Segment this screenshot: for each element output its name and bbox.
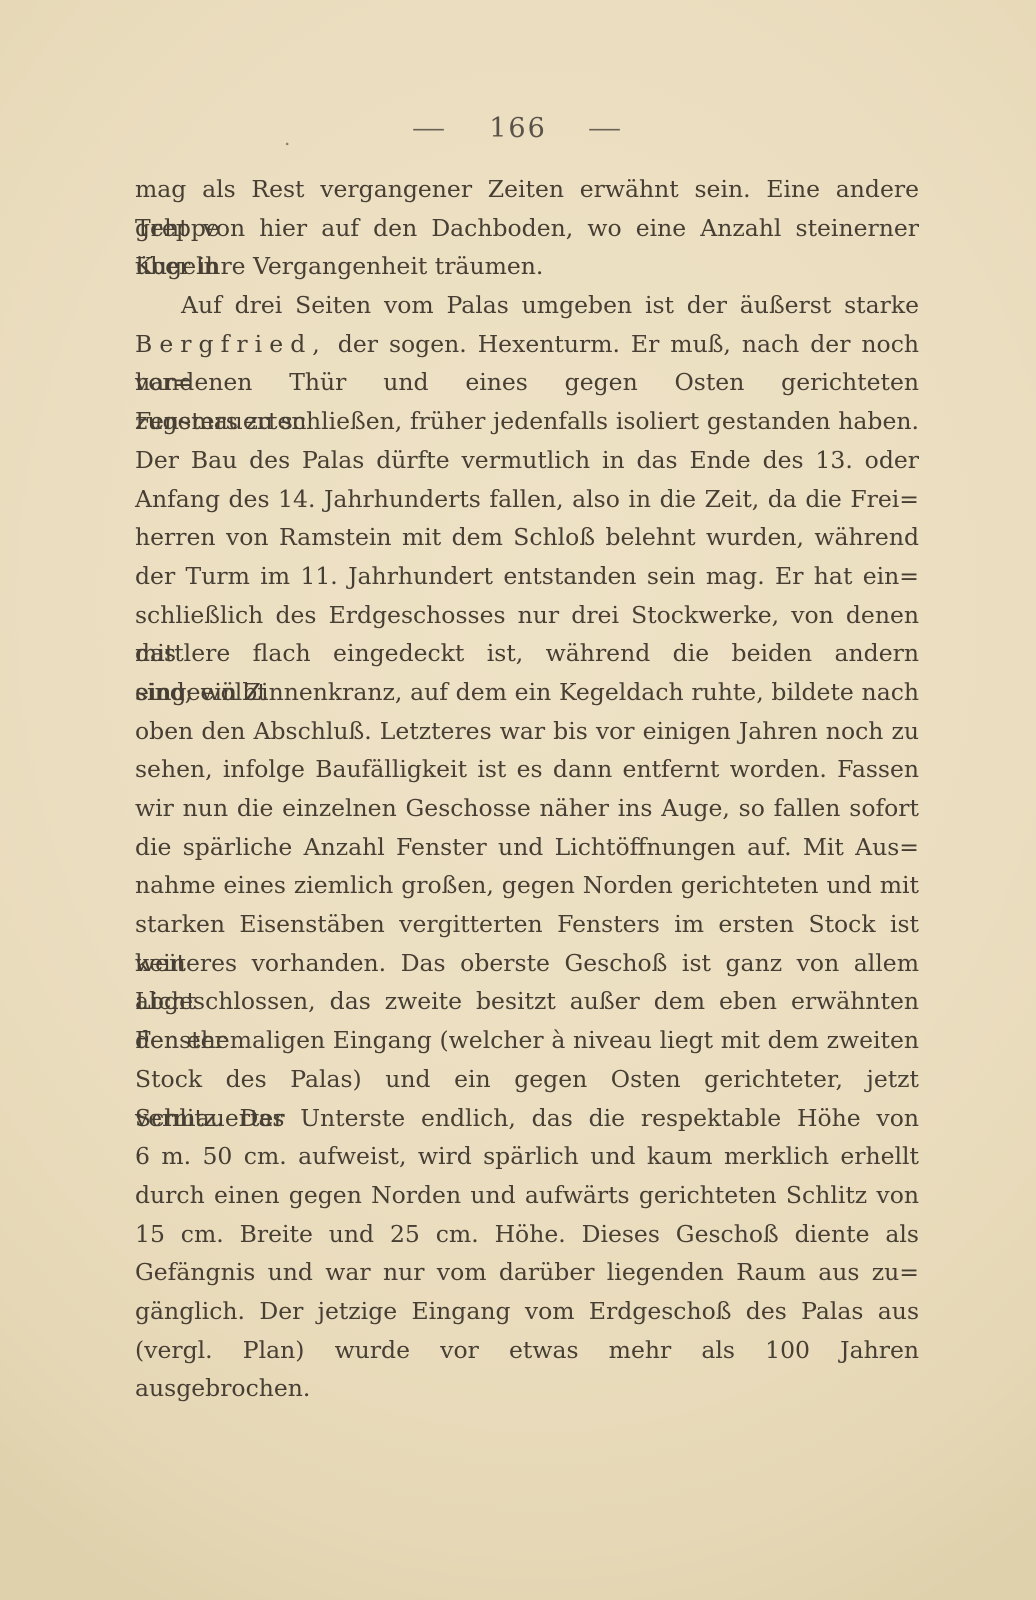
book-page: . — 166 — mag als Rest vergangener Zeite… [0, 0, 1036, 1600]
text-line: durch einen gegen Norden und aufwärts ge… [135, 1176, 919, 1215]
text-line: Auf drei Seiten vom Palas umgeben ist de… [135, 286, 919, 325]
text-line: handenen Thür und eines gegen Osten geri… [135, 363, 919, 402]
text-line: geht von hier auf den Dachboden, wo eine… [135, 209, 919, 248]
text-line: wir nun die einzelnen Geschosse näher in… [135, 789, 919, 828]
text-line: den ehemaligen Eingang (welcher à niveau… [135, 1021, 919, 1060]
page-header: — 166 — [0, 108, 1036, 148]
text-line: die spärliche Anzahl Fenster und Lichtöf… [135, 828, 919, 867]
text-line: Schlitz. Das Unterste endlich, das die r… [135, 1099, 919, 1138]
text-line: nahme eines ziemlich großen, gegen Norde… [135, 866, 919, 905]
text-line: der Turm im 11. Jahrhundert entstanden s… [135, 557, 919, 596]
header-dash-left: — [412, 114, 448, 142]
text-line: (vergl. Plan) wurde vor etwas mehr als 1… [135, 1331, 919, 1370]
text-line: abgeschlossen, das zweite besitzt außer … [135, 982, 919, 1021]
text-line: 15 cm. Breite und 25 cm. Höhe. Dieses Ge… [135, 1215, 919, 1254]
text-line: herren von Ramstein mit dem Schloß beleh… [135, 518, 919, 557]
text-line: gänglich. Der jetzige Eingang vom Erdges… [135, 1292, 919, 1331]
text-line: Bergfried, der sogen. Hexenturm. Er muß,… [135, 325, 919, 364]
text-line: Der Bau des Palas dürfte vermutlich in d… [135, 441, 919, 480]
text-line: weiteres vorhanden. Das oberste Geschoß … [135, 944, 919, 983]
text-line: 6 m. 50 cm. aufweist, wird spärlich und … [135, 1137, 919, 1176]
text-block: mag als Rest vergangener Zeiten erwähnt … [135, 170, 919, 1369]
text-line: oben den Abschluß. Letzteres war bis vor… [135, 712, 919, 751]
text-line: schließlich des Erdgeschosses nur drei S… [135, 596, 919, 635]
page-number: 166 [489, 113, 547, 144]
text-line: mittlere flach eingedeckt ist, während d… [135, 634, 919, 673]
text-line: über ihre Vergangenheit träumen. [135, 247, 919, 286]
text-line: mag als Rest vergangener Zeiten erwähnt … [135, 170, 919, 209]
text-line: sehen, infolge Baufälligkeit ist es dann… [135, 750, 919, 789]
text-line: Gefängnis und war nur vom darüber liegen… [135, 1253, 919, 1292]
text-line: Anfang des 14. Jahrhunderts fallen, also… [135, 480, 919, 519]
text-line: Stock des Palas) und ein gegen Osten ger… [135, 1060, 919, 1099]
header-dash-right: — [588, 114, 624, 142]
text-line: sind; ein Zinnenkranz, auf dem ein Kegel… [135, 673, 919, 712]
text-line: Fensters zu schließen, früher jedenfalls… [135, 402, 919, 441]
letterspaced-word: Bergfried, [135, 330, 327, 358]
text-line: starken Eisenstäben vergitterten Fenster… [135, 905, 919, 944]
